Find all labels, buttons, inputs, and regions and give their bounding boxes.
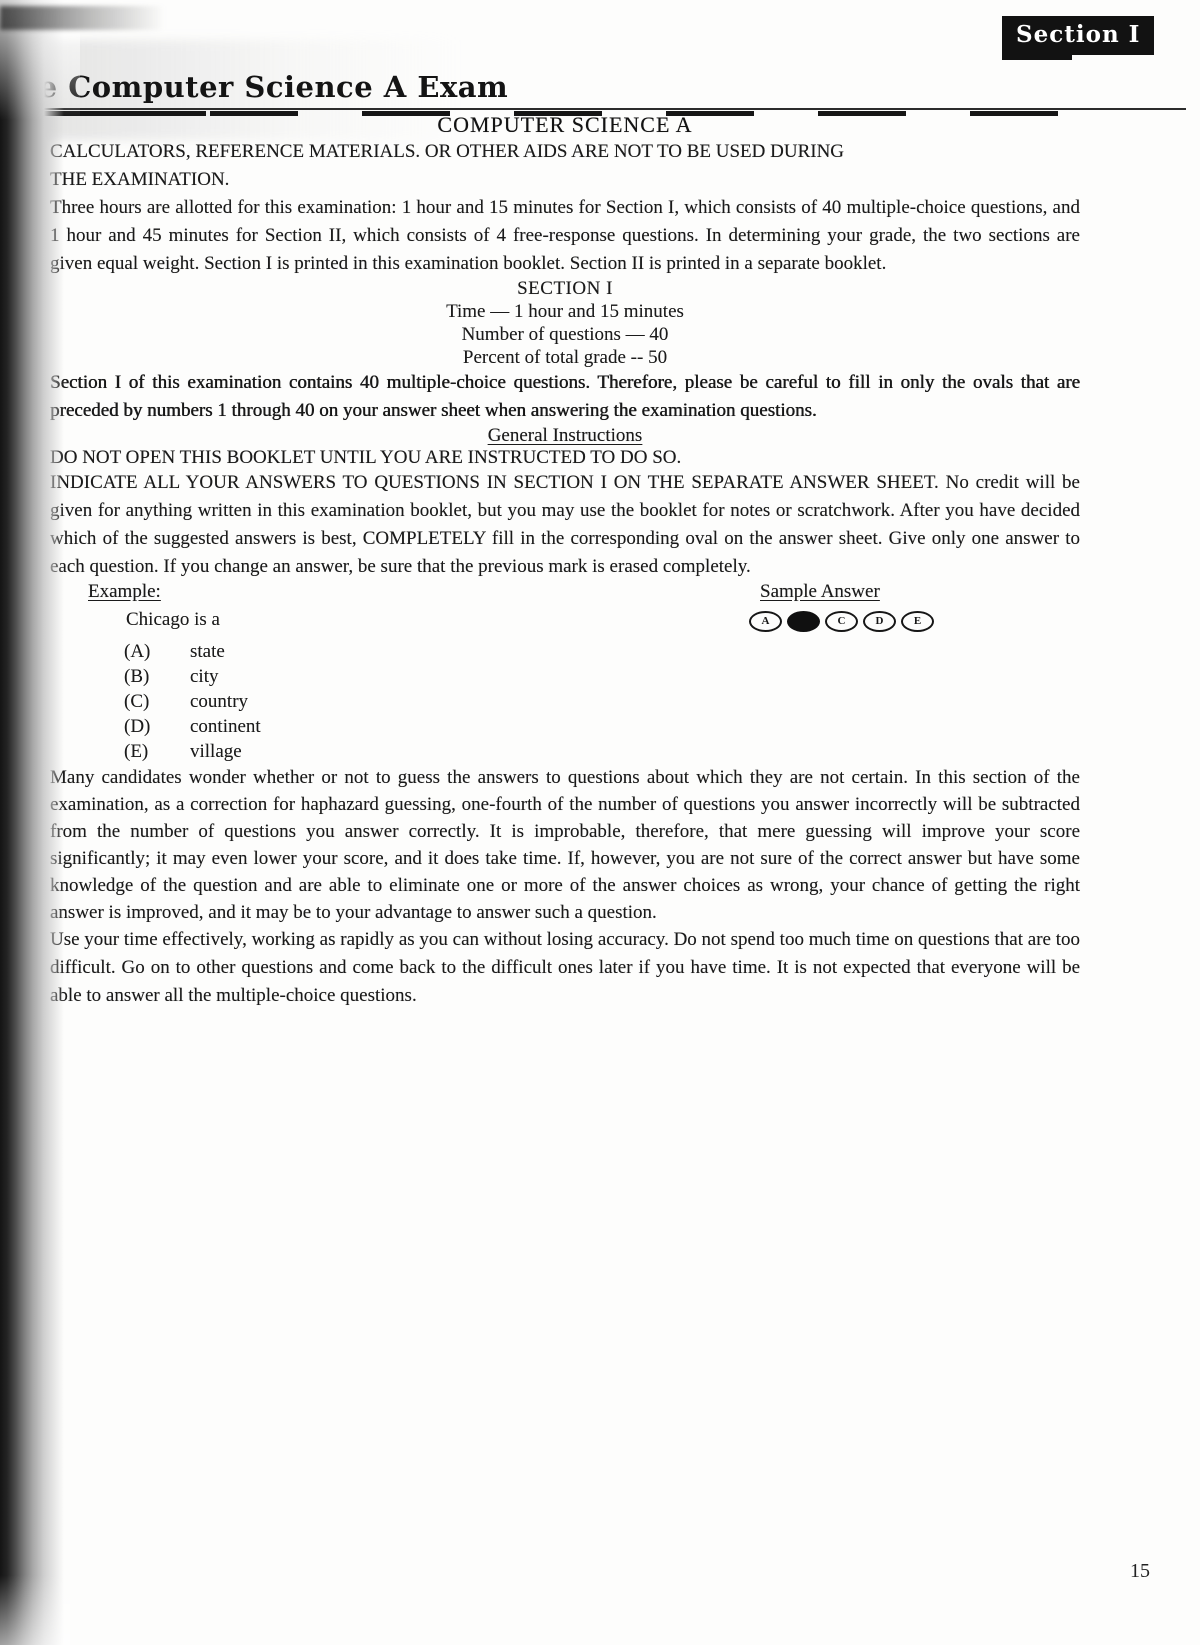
fill-ovals-paragraph: Section I of this examination contains 4… — [50, 369, 1080, 425]
time-management-paragraph: Use your time effectively, working as ra… — [50, 926, 1080, 1010]
answer-bubble-letter: C — [838, 616, 846, 627]
general-instructions-heading: General Instructions — [50, 425, 1080, 447]
scan-smudge — [0, 6, 165, 30]
scanned-exam-page: Section I The Computer Science A Exam CO… — [0, 0, 1200, 1645]
example-header-row: Example: Sample Answer — [50, 581, 1080, 609]
answer-bubble: C — [825, 611, 858, 632]
choice-letter: (C) — [124, 689, 149, 714]
time-allotment-paragraph: Three hours are allotted for this examin… — [50, 194, 1080, 278]
choice-row: (A) state — [50, 639, 1080, 664]
choice-letter: (B) — [124, 664, 149, 689]
do-not-open-notice: DO NOT OPEN THIS BOOKLET UNTIL YOU ARE I… — [50, 447, 1080, 469]
answer-bubble-letter: D — [876, 616, 884, 627]
header-rule-thin-line — [0, 108, 1186, 110]
choice-text: village — [190, 739, 242, 764]
sample-answer-label: Sample Answer — [760, 581, 880, 603]
choice-row: (B) city — [50, 664, 1080, 689]
answer-bubble: D — [863, 611, 896, 632]
example-question-text: Chicago is a — [126, 609, 220, 631]
indicate-answers-paragraph: INDICATE ALL YOUR ANSWERS TO QUESTIONS I… — [50, 469, 1080, 581]
choice-text: country — [190, 689, 248, 714]
answer-bubble: E — [901, 611, 934, 632]
choice-row: (C) country — [50, 689, 1080, 714]
document-body: COMPUTER SCIENCE A CALCULATORS, REFERENC… — [50, 112, 1080, 1010]
scan-gutter-bottom-fade — [0, 1575, 70, 1645]
header-rule — [0, 108, 1186, 110]
choice-row: (D) continent — [50, 714, 1080, 739]
page-title: The Computer Science A Exam — [0, 70, 508, 104]
page-number: 15 — [1130, 1560, 1150, 1583]
no-aids-line-2: THE EXAMINATION. — [50, 166, 1080, 194]
no-aids-notice: CALCULATORS, REFERENCE MATERIALS. OR OTH… — [50, 138, 1080, 194]
sample-answer-bubbles: ABCDE — [749, 611, 934, 632]
example-question-row: Chicago is a ABCDE — [50, 609, 1080, 639]
no-aids-line-1: CALCULATORS, REFERENCE MATERIALS. OR OTH… — [50, 138, 1080, 166]
section-i-heading: SECTION I — [50, 278, 1080, 300]
choice-text: city — [190, 664, 219, 689]
choice-text: continent — [190, 714, 261, 739]
answer-bubble: A — [749, 611, 782, 632]
choice-text: state — [190, 639, 225, 664]
guessing-advice-paragraph: Many candidates wonder whether or not to… — [50, 764, 1080, 926]
choice-letter: (A) — [124, 639, 150, 664]
number-of-questions-line: Number of questions — 40 — [50, 323, 1080, 346]
choice-row: (E) village — [50, 739, 1080, 764]
example-choices-list: (A) state (B) city (C) country (D) conti… — [50, 639, 1080, 764]
answer-bubble: B — [787, 611, 820, 632]
choice-letter: (D) — [124, 714, 150, 739]
section-badge: Section I — [1002, 16, 1154, 55]
answer-bubble-letter: A — [762, 616, 770, 627]
percent-of-grade-line: Percent of total grade -- 50 — [50, 346, 1080, 369]
answer-bubble-letter: E — [914, 616, 921, 627]
exam-title: COMPUTER SCIENCE A — [50, 112, 1080, 138]
time-line: Time — 1 hour and 15 minutes — [50, 300, 1080, 323]
example-label: Example: — [88, 581, 161, 603]
choice-letter: (E) — [124, 739, 148, 764]
